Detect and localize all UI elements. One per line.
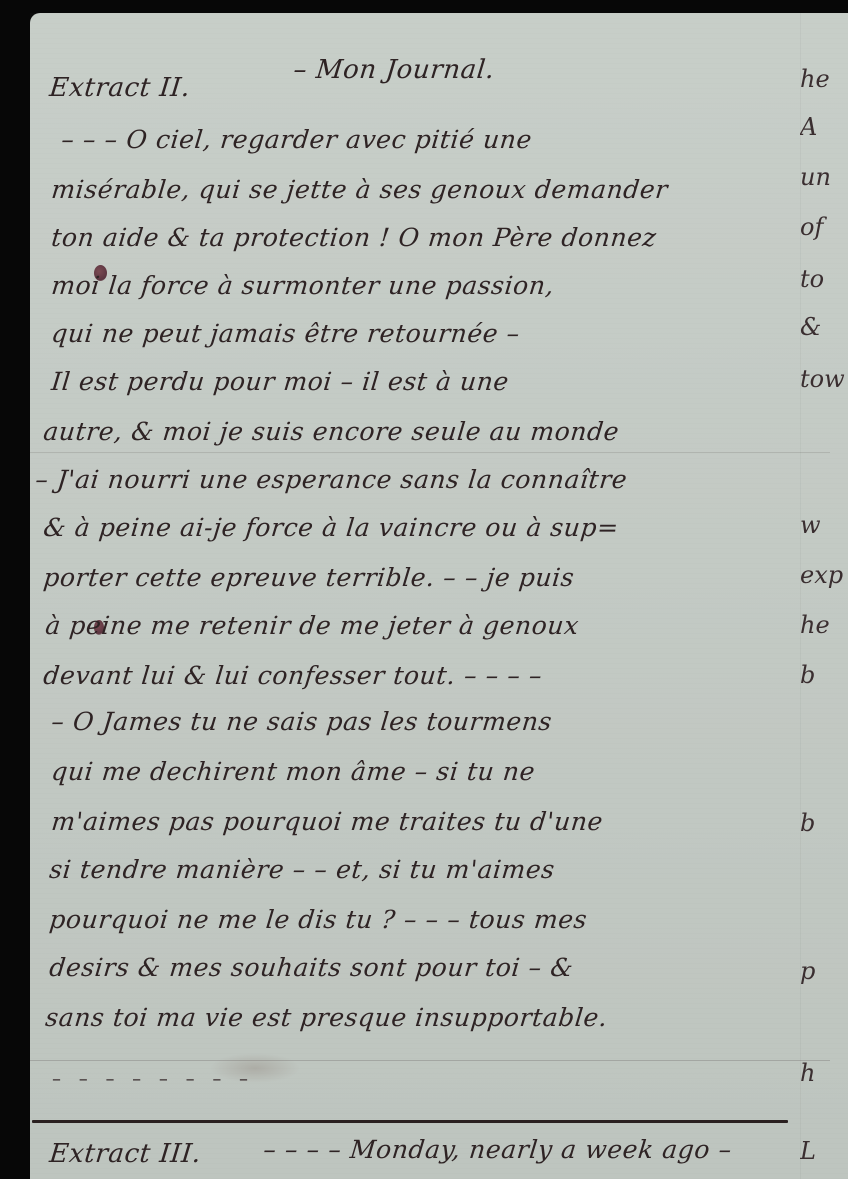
extract-3-first-line: – – – – Monday, nearly a week ago – [262, 1135, 733, 1164]
manuscript-line: devant lui & lui confesser tout. – – – – [42, 661, 544, 690]
scan-border-top [0, 0, 848, 13]
manuscript-line: m'aimes pas pourquoi me traites tu d'une [50, 807, 605, 836]
adjacent-page-fragment: he [800, 611, 848, 639]
manuscript-page: Extract II. – Mon Journal. – – – O ciel,… [30, 13, 848, 1179]
extract-2-title: – Mon Journal. [292, 55, 496, 85]
adjacent-page-fragment: he [800, 65, 848, 93]
manuscript-line: Il est perdu pour moi – il est à une [50, 367, 511, 396]
section-divider-rule [32, 1120, 788, 1123]
manuscript-line: misérable, qui se jette à ses genoux dem… [50, 175, 670, 204]
manuscript-line: ton aide & ta protection ! O mon Père do… [50, 223, 658, 252]
closing-dashes: – – – – – – – – [52, 1069, 254, 1090]
manuscript-line: – – – O ciel, regarder avec pitié une [60, 125, 534, 154]
adjacent-page-fragment: un [800, 163, 848, 191]
manuscript-line: à peine me retenir de me jeter à genoux [44, 611, 580, 640]
adjacent-page-fragment: A [800, 113, 848, 141]
manuscript-line: pourquoi ne me le dis tu ? – – – tous me… [48, 905, 589, 934]
extract-2-label: Extract II. [48, 73, 192, 103]
adjacent-page-fragment: p [800, 957, 848, 985]
fold-line [30, 452, 830, 453]
manuscript-line: sans toi ma vie est presque insupportabl… [44, 1003, 609, 1032]
manuscript-line: si tendre manière – – et, si tu m'aimes [48, 855, 556, 884]
manuscript-line: desirs & mes souhaits sont pour toi – & [48, 953, 575, 982]
scan-border-left [0, 0, 30, 1179]
fold-line [30, 1060, 830, 1061]
adjacent-page-fragment: b [800, 809, 848, 837]
manuscript-line: moi la force à surmonter une passion, [50, 271, 556, 300]
adjacent-page-fragment: b [800, 661, 848, 689]
manuscript-line: & à peine ai-je force à la vaincre ou à … [42, 513, 620, 542]
manuscript-line: autre, & moi je suis encore seule au mon… [42, 417, 621, 446]
adjacent-page-fragment: h [800, 1059, 848, 1087]
adjacent-page-fragment: to [800, 265, 848, 293]
adjacent-page-fragment: tow [800, 365, 848, 393]
adjacent-page-fragment: & [800, 313, 848, 341]
manuscript-line: qui me dechirent mon âme – si tu ne [50, 757, 537, 786]
adjacent-page-fragment: of [800, 213, 848, 241]
extract-3-label: Extract III. [48, 1139, 203, 1169]
manuscript-line: – O James tu ne sais pas les tourmens [50, 707, 554, 736]
adjacent-page-fragment: exp [800, 561, 848, 589]
adjacent-page-fragment: w [800, 511, 848, 539]
manuscript-line: porter cette epreuve terrible. – – je pu… [42, 563, 576, 592]
manuscript-line: qui ne peut jamais être retournée – [50, 319, 521, 348]
adjacent-page-fragment: L [800, 1137, 848, 1165]
manuscript-line: – J'ai nourri une esperance sans la conn… [34, 465, 629, 494]
